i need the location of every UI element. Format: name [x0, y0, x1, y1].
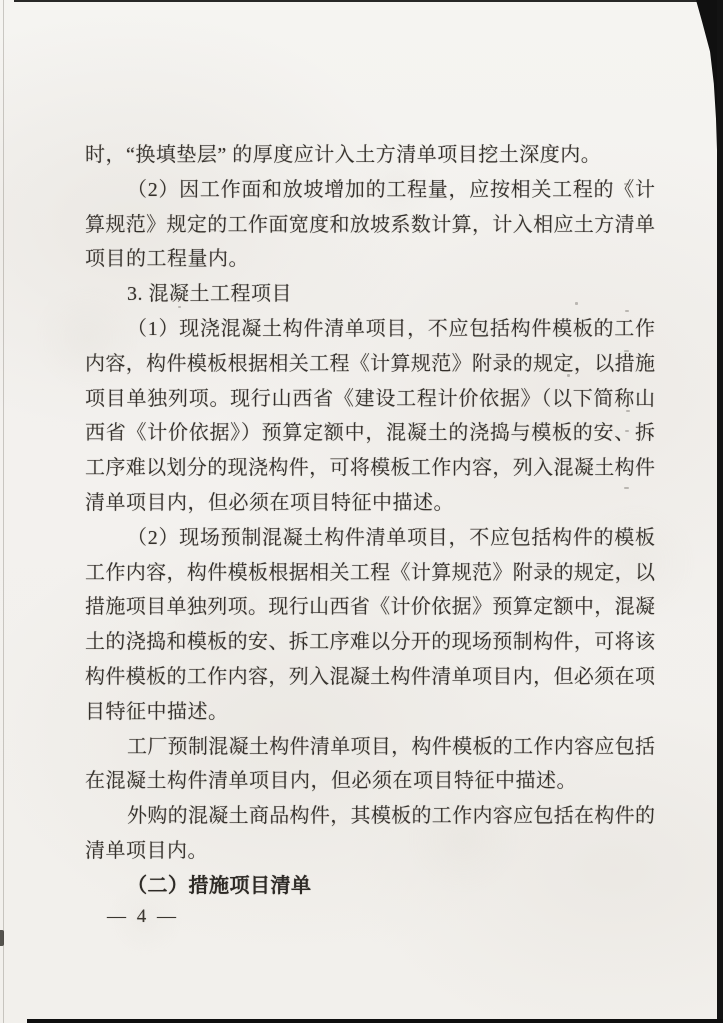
scan-artifact-top-edge [14, 0, 709, 2]
text-line: 时，“换填垫层” 的厚度应计入土方清单项目挖土深度内。 [85, 138, 655, 173]
text-line: 工序难以划分的现浇构件，可将模板工作内容，列入混凝土构件 [85, 451, 655, 486]
text-line: （1）现浇混凝土构件清单项目，不应包括构件模板的工作 [85, 312, 655, 347]
scanned-document-page: 时，“换填垫层” 的厚度应计入土方清单项目挖土深度内。（2）因工作面和放坡增加的… [0, 0, 723, 1023]
text-line: 3. 混凝土工程项目 [85, 277, 655, 312]
scan-speck [624, 350, 629, 352]
text-line: 目特征中描述。 [85, 695, 655, 730]
scan-artifact-right-edge [717, 0, 723, 1023]
text-line: 项目的工程量内。 [85, 242, 655, 277]
scan-speck [575, 302, 578, 305]
text-line: 清单项目内，但必须在项目特征中描述。 [85, 486, 655, 521]
scan-artifact-left-blot [0, 930, 4, 946]
text-line: 西省《计价依据》）预算定额中，混凝土的浇捣与模板的安、拆 [85, 416, 655, 451]
scan-speck [625, 430, 629, 432]
text-line: （2）因工作面和放坡增加的工程量，应按相关工程的《计 [85, 173, 655, 208]
text-line: 工厂预制混凝土构件清单项目，构件模板的工作内容应包括 [85, 730, 655, 765]
scan-speck [626, 410, 630, 412]
scan-speck [625, 310, 629, 312]
scan-speck [567, 374, 570, 377]
text-line: （2）现场预制混凝土构件清单项目，不应包括构件的模板 [85, 521, 655, 556]
text-line: 外购的混凝土商品构件，其模板的工作内容应包括在构件的 [85, 799, 655, 834]
scan-speck [624, 183, 629, 185]
text-line: 算规范》规定的工作面宽度和放坡系数计算，计入相应土方清单 [85, 208, 655, 243]
scan-speck [178, 306, 181, 308]
page-number: — 4 — [107, 906, 179, 928]
text-line: 在混凝土构件清单项目内，但必须在项目特征中描述。 [85, 764, 655, 799]
text-line: 土的浇捣和模板的安、拆工序难以分开的现场预制构件，可将该 [85, 625, 655, 660]
scan-speck [647, 538, 651, 540]
text-line: 工作内容，构件模板根据相关工程《计算规范》附录的规定，以 [85, 556, 655, 591]
text-line: （二）措施项目清单 [85, 869, 655, 904]
text-line: 构件模板的工作内容，列入混凝土构件清单项目内，但必须在项 [85, 660, 655, 695]
scan-artifact-left-hairline [3, 0, 4, 1023]
document-body: 时，“换填垫层” 的厚度应计入土方清单项目挖土深度内。（2）因工作面和放坡增加的… [85, 138, 655, 904]
text-line: 清单项目内。 [85, 834, 655, 869]
scan-speck [624, 487, 629, 489]
text-line: 措施项目单独列项。现行山西省《计价依据》预算定额中，混凝 [85, 590, 655, 625]
text-line: 项目单独列项。现行山西省《建设工程计价依据》（以下简称山 [85, 382, 655, 417]
scan-artifact-bottom-edge [27, 1019, 723, 1023]
